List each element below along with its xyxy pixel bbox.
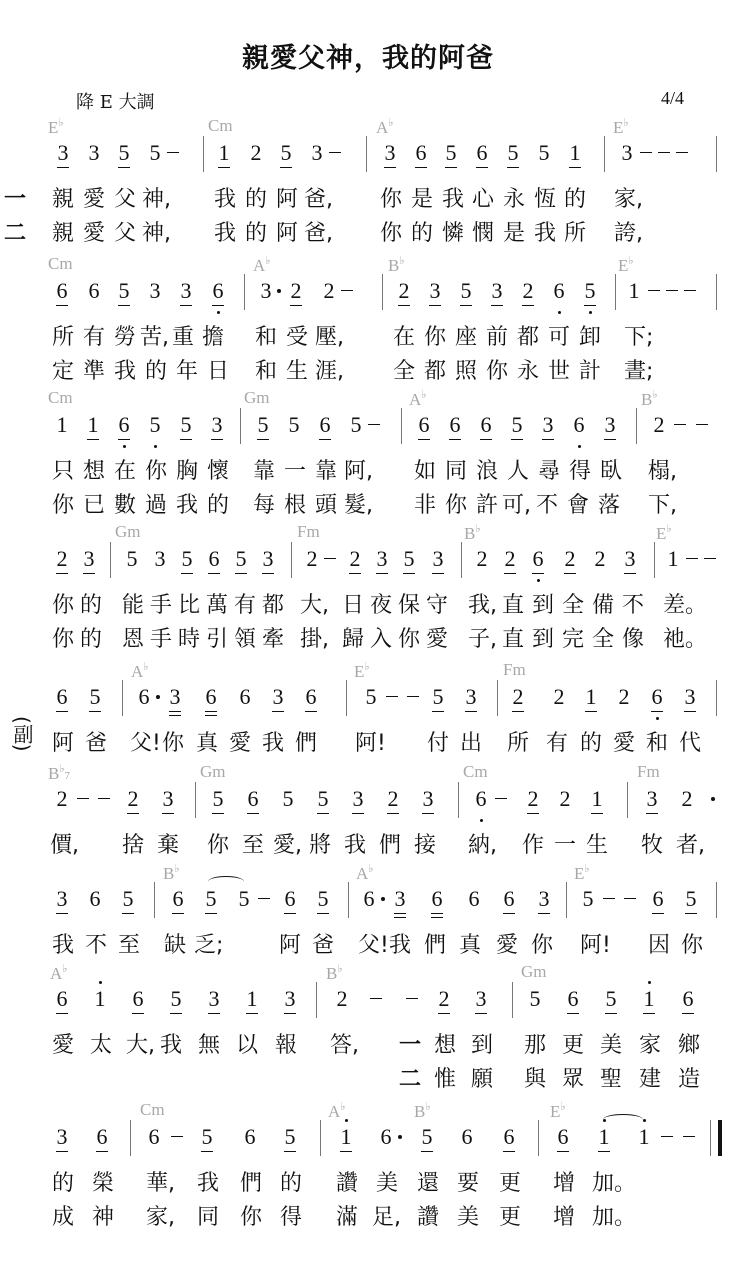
notes-row: 665336 322 2353265 1 <box>0 278 736 318</box>
chord-label: Gm <box>244 388 270 408</box>
notes-row: 116553 5565 6665363 2 <box>0 412 736 452</box>
notes-row: 23 535653 22353 226223 1 <box>0 546 736 586</box>
notes-row: 6165313 223 56516 <box>0 986 736 1026</box>
chord-label: B♭ <box>464 522 481 544</box>
lyric-line-refrain: 愛太大,我無以報 答, 一想到 那更美家鄉 <box>0 1028 736 1056</box>
chord-label: E♭ <box>354 660 370 682</box>
song-title: 親愛父神，我的阿爸 <box>0 36 736 75</box>
notes-row: 65 636636 553 221263 <box>0 684 736 724</box>
chord-label: Gm <box>521 962 547 982</box>
notes-row: 223 5655323 6221 32 <box>0 786 736 826</box>
chord-label: Cm <box>208 116 233 136</box>
chord-label: Gm <box>200 762 226 782</box>
lyric-line-verse-2: 你已數過我的 每根頭髮, 非你許可,不會落下, <box>0 488 736 516</box>
chord-label: E♭ <box>656 522 672 544</box>
lyric-line-verse-2: 親愛父神, 我的阿爸, 你的憐憫是我所誇, <box>0 216 736 244</box>
chord-label: Cm <box>48 388 73 408</box>
chord-label: A♭ <box>328 1100 345 1122</box>
notes-row: 365 65565 636663 565 <box>0 886 736 926</box>
lyric-line-verse-1: 所有勞苦,重擔 和受壓, 在你座前都可卸下; <box>0 320 736 348</box>
chord-label: Cm <box>140 1100 165 1120</box>
chord-label: A♭ <box>356 862 373 884</box>
chord-label: B♭ <box>641 388 658 410</box>
chord-label: Fm <box>637 762 660 782</box>
chord-label: Cm <box>48 254 73 274</box>
chord-label: A♭ <box>376 116 393 138</box>
chord-label: A♭ <box>253 254 270 276</box>
chord-label: Gm <box>115 522 141 542</box>
chord-label: E♭ <box>574 862 590 884</box>
lyric-line-verse-1: 的榮 華,我們的 讚美還要更 增加。 <box>0 1166 736 1194</box>
chord-label: E♭ <box>613 116 629 138</box>
chord-label: A♭ <box>409 388 426 410</box>
chord-label: A♭ <box>50 962 67 984</box>
chord-label: B♭7 <box>48 762 70 784</box>
lyric-line-refrain: 阿爸 父!你真愛我們 阿!付出 所有的愛和代 <box>0 726 736 754</box>
lyric-line-verse-1: 只想在你胸懷 靠一靠阿, 如同浪人尋得臥榻, <box>0 454 736 482</box>
chord-label: B♭ <box>326 962 343 984</box>
key-signature: 降 E 大調 <box>76 88 155 114</box>
lyric-line-verse-2-ending: 二惟願 與眾聖建造 <box>0 1062 736 1090</box>
chord-label: B♭ <box>163 862 180 884</box>
chord-label: B♭ <box>388 254 405 276</box>
lyric-line-refrain: 我不至 缺乏; 阿爸 父!我們真愛你 阿!因你 <box>0 928 736 956</box>
lyric-line-verse-2: 成神 家,同你得 滿足,讚美更 增加。 <box>0 1200 736 1228</box>
lyric-line-refrain: 價,捨棄 你至愛,將我們接 納,作一生 牧者, <box>0 828 736 856</box>
chord-label: E♭ <box>618 254 634 276</box>
chord-label: E♭ <box>550 1100 566 1122</box>
lyric-line-verse-2: 定準我的年日 和生涯, 全都照你永世計晝; <box>0 354 736 382</box>
chord-label: Fm <box>503 660 526 680</box>
chord-label: E♭ <box>48 116 64 138</box>
lyric-line-verse-1: 你的 能手比萬有都 大,日夜保守 我,直到全備不差。 <box>0 588 736 616</box>
chord-label: A♭ <box>131 660 148 682</box>
time-signature: 4/4 <box>661 88 684 109</box>
notes-row: 36 6565 16566 611 <box>0 1124 736 1164</box>
notes-row: 3355 1253 3656551 3 <box>0 140 736 180</box>
chord-label: Fm <box>297 522 320 542</box>
lyric-line-verse-1: 親愛父神, 我的阿爸, 你是我心永恆的家, <box>0 182 736 210</box>
lyric-line-verse-2: 你的 恩手時引領牽 掛,歸入你愛 子,直到完全像祂。 <box>0 622 736 650</box>
chord-label: B♭ <box>414 1100 431 1122</box>
chord-label: Cm <box>463 762 488 782</box>
